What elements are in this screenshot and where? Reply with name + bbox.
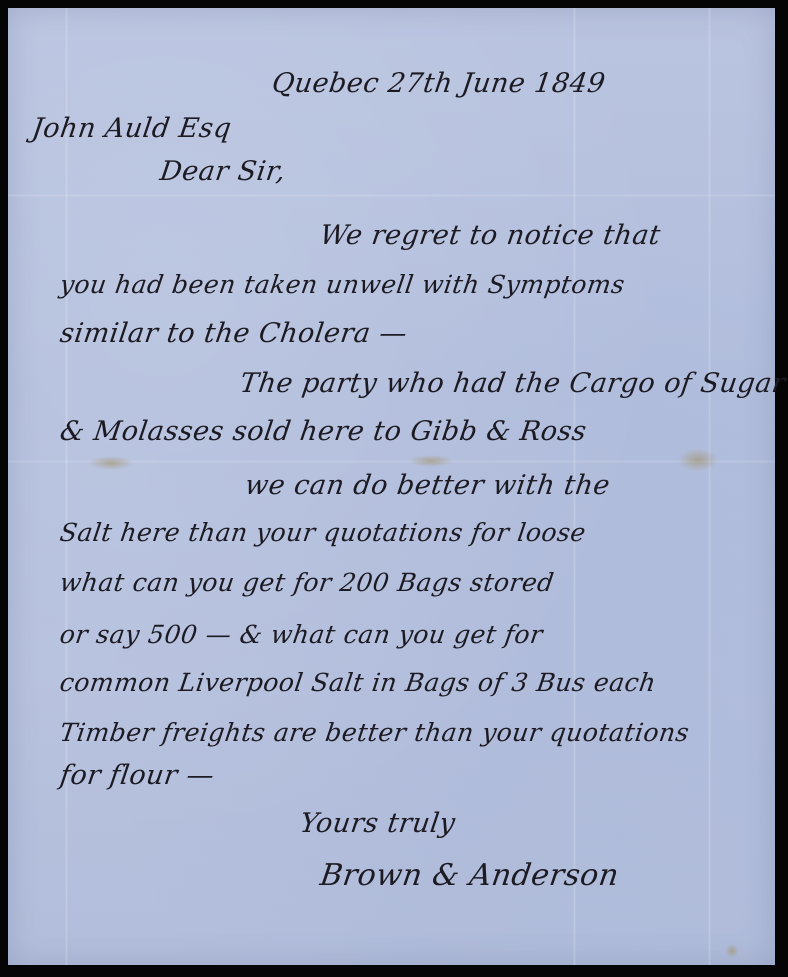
paper-stain bbox=[678, 448, 718, 472]
scan-frame: Quebec 27th June 1849 John Auld Esq Dear… bbox=[0, 0, 788, 977]
body-line: The party who had the Cargo of Sugar bbox=[238, 368, 788, 399]
body-line: Salt here than your quotations for loose bbox=[58, 518, 588, 547]
body-line: Timber freights are better than your quo… bbox=[58, 718, 691, 747]
addressee: John Auld Esq bbox=[30, 113, 234, 144]
fold-line bbox=[8, 194, 775, 197]
body-line: & Molasses sold here to Gibb & Ross bbox=[58, 416, 589, 447]
body-line: you had been taken unwell with Symptoms bbox=[58, 270, 627, 299]
body-line: We regret to notice that bbox=[318, 220, 663, 251]
body-line: we can do better with the bbox=[243, 470, 612, 501]
body-line: similar to the Cholera — bbox=[58, 318, 409, 349]
paper-stain bbox=[725, 944, 739, 958]
letter-paper: Quebec 27th June 1849 John Auld Esq Dear… bbox=[8, 8, 775, 965]
body-line: what can you get for 200 Bags stored bbox=[58, 568, 556, 597]
body-line: for flour — bbox=[58, 760, 216, 791]
paper-stain bbox=[408, 455, 454, 467]
dateline: Quebec 27th June 1849 bbox=[270, 68, 607, 99]
signature: Brown & Anderson bbox=[318, 858, 621, 893]
fold-line bbox=[65, 8, 68, 965]
fold-line bbox=[708, 8, 711, 965]
paper-stain bbox=[88, 456, 134, 470]
body-line: common Liverpool Salt in Bags of 3 Bus e… bbox=[58, 668, 658, 697]
closing: Yours truly bbox=[298, 808, 457, 839]
salutation: Dear Sir, bbox=[158, 156, 288, 187]
body-line: or say 500 — & what can you get for bbox=[58, 620, 545, 649]
